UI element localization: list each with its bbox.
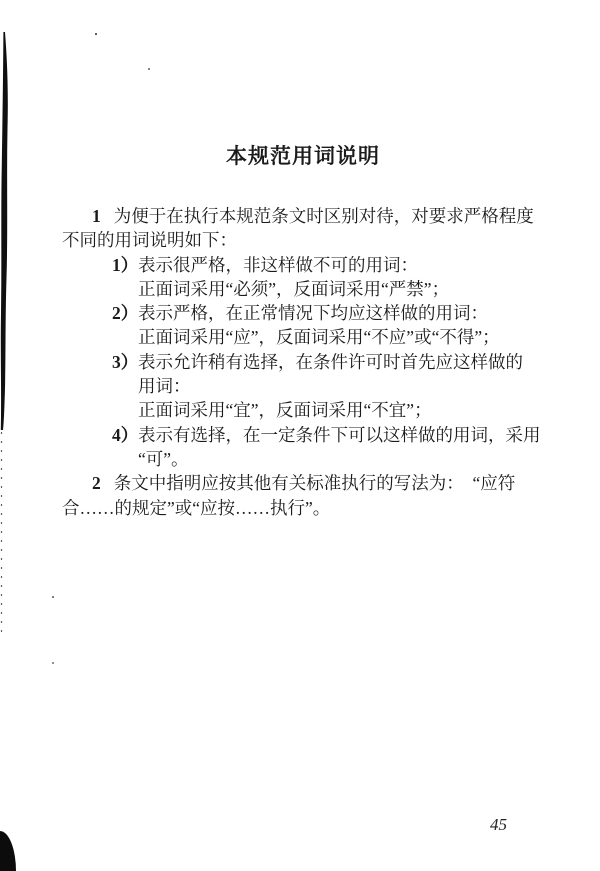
page-title: 本规范用词说明 [62, 142, 544, 170]
paragraph-1: 1为便于在执行本规范条文时区别对待，对要求严格程度 不同的用词说明如下： [62, 204, 544, 253]
scan-corner-blob-artifact [0, 831, 16, 871]
list-item-number: 3） [112, 350, 138, 374]
list-item: 4） 表示有选择，在一定条件下可以这样做的用词，采用 “可”。 [112, 423, 544, 472]
paragraph-2: 2条文中指明应按其他有关标准执行的写法为： “应符 合……的规定”或“应按……执… [62, 471, 544, 520]
page-number: 45 [490, 815, 507, 835]
list-item-number: 1） [112, 253, 138, 277]
list-item-text: 表示严格，在正常情况下均应这样做的用词： 正面词采用“应”，反面词采用“不应”或… [138, 301, 500, 350]
scan-speck-artifact [52, 662, 54, 664]
list-item: 2） 表示严格，在正常情况下均应这样做的用词： 正面词采用“应”，反面词采用“不… [112, 301, 544, 350]
scan-speck-artifact [52, 596, 54, 598]
paragraph-2-number: 2 [92, 473, 101, 493]
scan-streak-artifact [0, 28, 12, 658]
list-item-text: 表示有选择，在一定条件下可以这样做的用词，采用 “可”。 [138, 423, 541, 472]
paragraph-2-text: 条文中指明应按其他有关标准执行的写法为： “应符 合……的规定”或“应按……执行… [62, 473, 515, 517]
text-column: 本规范用词说明 1为便于在执行本规范条文时区别对待，对要求严格程度 不同的用词说… [62, 142, 544, 520]
list-item-number: 4） [112, 423, 138, 447]
scan-speck-artifact [95, 33, 97, 35]
wording-list: 1） 表示很严格，非这样做不可的用词： 正面词采用“必须”，反面词采用“严禁”；… [62, 253, 544, 472]
list-item-text: 表示很严格，非这样做不可的用词： 正面词采用“必须”，反面词采用“严禁”； [138, 253, 449, 302]
list-item-number: 2） [112, 301, 138, 325]
paragraph-1-number: 1 [92, 206, 101, 226]
scan-speck-artifact [148, 68, 150, 70]
list-item: 1） 表示很严格，非这样做不可的用词： 正面词采用“必须”，反面词采用“严禁”； [112, 253, 544, 302]
scanned-document-page: 本规范用词说明 1为便于在执行本规范条文时区别对待，对要求严格程度 不同的用词说… [0, 0, 600, 871]
list-item: 3） 表示允许稍有选择，在条件许可时首先应这样做的 用词： 正面词采用“宜”，反… [112, 350, 544, 423]
list-item-text: 表示允许稍有选择，在条件许可时首先应这样做的 用词： 正面词采用“宜”，反面词采… [138, 350, 523, 423]
paragraph-1-text: 为便于在执行本规范条文时区别对待，对要求严格程度 不同的用词说明如下： [62, 206, 534, 250]
